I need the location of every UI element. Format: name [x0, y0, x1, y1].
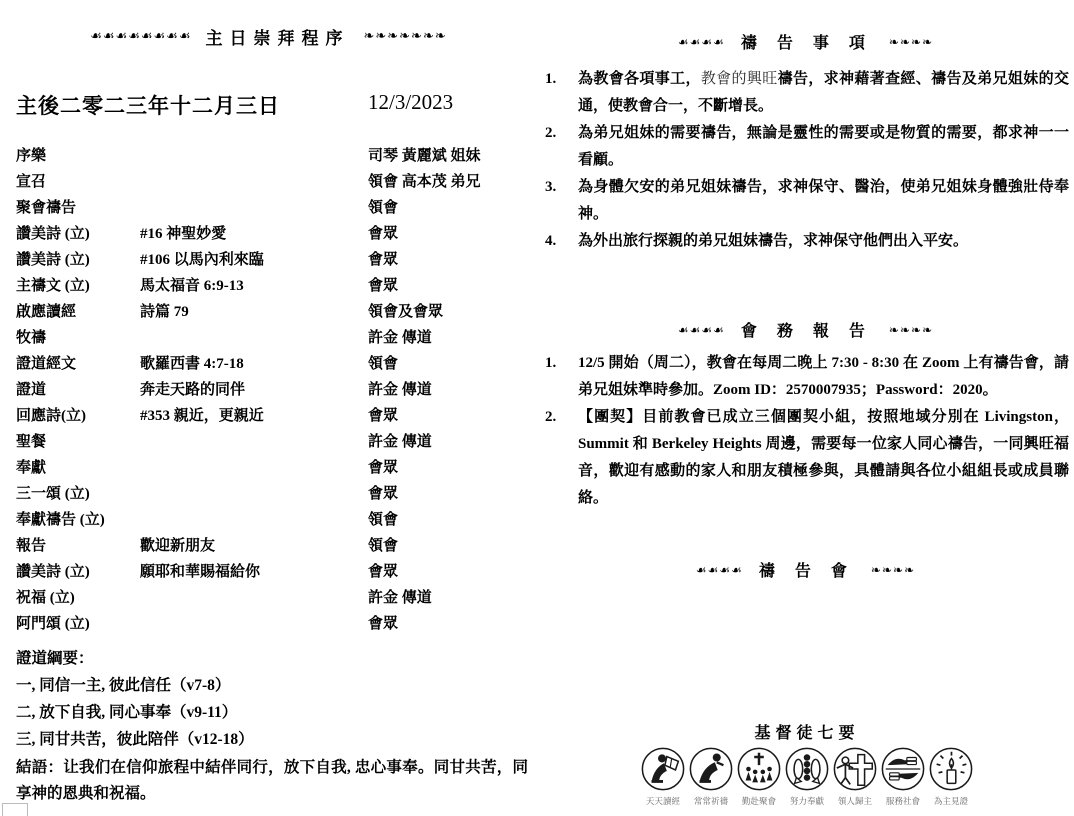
program-item-detail — [140, 507, 368, 533]
program-item-role: 許金 傳道 — [368, 429, 528, 455]
program-item-detail: 歡迎新朋友 — [140, 533, 368, 559]
program-row: 讚美詩 (立) #16 神聖妙愛 會眾 — [16, 221, 528, 247]
program-item-role: 司琴 黃麗斌 姐妹 — [368, 143, 528, 169]
program-row: 讚美詩 (立) #106 以馬內利來臨 會眾 — [16, 247, 528, 273]
program-item-role: 許金 傳道 — [368, 325, 528, 351]
program-item-role: 領會及會眾 — [368, 299, 528, 325]
scroll-ornament-right: ❧❧❧❧ — [871, 563, 915, 577]
scroll-ornament-right: ❧❧❧❧ — [889, 35, 933, 49]
program-item-role: 領會 — [368, 533, 528, 559]
program-row: 三一頌 (立) 會眾 — [16, 481, 528, 507]
program-item-role: 會眾 — [368, 273, 528, 299]
program-item-role: 許金 傳道 — [368, 377, 528, 403]
program-item-detail — [140, 455, 368, 481]
program-item-role: 許金 傳道 — [368, 585, 528, 611]
program-item-label: 報告 — [16, 533, 140, 559]
program-item-label: 宣召 — [16, 169, 140, 195]
sermon-outline-point: 三, 同甘共苦，彼此陪伴（v12-18） — [16, 726, 531, 753]
sermon-conclusion: 結語：让我们在信仰旅程中結伴同行，放下自我, 忠心事奉。同甘共苦，同享神的恩典和… — [16, 755, 528, 807]
essential-item: 服務社會 — [880, 746, 926, 807]
page-title: 主日崇拜程序 — [205, 24, 349, 49]
worship-program-table: 序樂 司琴 黃麗斌 姐妹 宣召 領會 高本茂 弟兄 聚會禱告 領會 讚美詩 (立… — [16, 143, 528, 637]
program-item-label: 讚美詩 (立) — [16, 559, 140, 585]
program-item-role: 會眾 — [368, 455, 528, 481]
scroll-ornament-right: ❧❧❧❧ — [889, 323, 933, 337]
report-item-text: 【團契】目前教會已成立三個團契小組，按照地域分別在 Livingston，Sum… — [578, 404, 1069, 512]
program-item-detail: 歌羅西書 4:7-18 — [140, 351, 368, 377]
candle-witness-icon — [928, 746, 974, 792]
scroll-ornament-left: ☙☙☙☙☙☙☙☙ — [90, 29, 191, 44]
prayer-meeting-header: ☙☙☙☙ 禱 告 會 ❧❧❧❧ — [537, 558, 1074, 581]
bulletin-document: ☙☙☙☙☙☙☙☙ 主日崇拜程序 ❧❧❧❧❧❧❧ 主後二零二三年十二月三日 12/… — [0, 0, 1074, 816]
scroll-ornament-left: ☙☙☙☙ — [696, 563, 743, 577]
program-item-detail — [140, 169, 368, 195]
essential-label: 努力奉獻 — [785, 794, 829, 806]
essential-item: 領人歸主 — [832, 746, 878, 807]
program-item-role: 會眾 — [368, 221, 528, 247]
program-row: 主禱文 (立) 馬太福音 6:9-13 會眾 — [16, 273, 528, 299]
program-item-label: 奉獻禱告 (立) — [16, 507, 140, 533]
program-item-label: 讚美詩 (立) — [16, 221, 140, 247]
prayer-item: 1. 為教會各項事工，教會的興旺禱告，求神藉著查經、禱告及弟兄姐妹的交通，使教會… — [545, 66, 1069, 120]
program-row: 祝福 (立) 許金 傳道 — [16, 585, 528, 611]
program-item-detail: #353 親近，更親近 — [140, 403, 368, 429]
prayer-text-light-segment: 教會的興旺 — [701, 71, 778, 87]
essential-item: 常常祈禱 — [688, 746, 734, 807]
sermon-outline-heading: 證道綱要： — [16, 645, 531, 672]
program-item-label: 證道經文 — [16, 351, 140, 377]
program-item-role: 會眾 — [368, 559, 528, 585]
list-number: 2. — [545, 120, 578, 174]
program-row: 聚會禱告 領會 — [16, 195, 528, 221]
date-numeric: 12/3/2023 — [368, 90, 453, 115]
essential-item: 天天讀經 — [640, 746, 686, 807]
essential-label: 天天讀經 — [641, 794, 685, 806]
sermon-outline-point: 二, 放下自我, 同心事奉（v9-11） — [16, 699, 531, 726]
program-item-detail — [140, 611, 368, 637]
program-item-label: 啟應讀經 — [16, 299, 140, 325]
program-item-label: 阿門頌 (立) — [16, 611, 140, 637]
essential-item: 勤赴聚會 — [736, 746, 782, 807]
church-report-list: 1. 12/5 開始（周二），教會在每周二晚上 7:30 - 8:30 在 Zo… — [545, 350, 1069, 512]
prayer-text-segment: 為教會各項事工， — [578, 71, 701, 87]
prayer-item-text: 為外出旅行探親的弟兄姐妹禱告，求神保守他們出入平安。 — [578, 228, 1069, 255]
prayer-meeting-title: 禱 告 會 — [759, 558, 855, 581]
list-number: 2. — [545, 404, 578, 512]
program-item-role: 領會 — [368, 507, 528, 533]
program-row: 讚美詩 (立) 願耶和華賜福給你 會眾 — [16, 559, 528, 585]
list-number: 4. — [545, 228, 578, 255]
program-item-label: 祝福 (立) — [16, 585, 140, 611]
program-item-detail: 願耶和華賜福給你 — [140, 559, 368, 585]
list-number: 3. — [545, 174, 578, 228]
prayer-item: 2. 為弟兄姐妹的需要禱告，無論是靈性的需要或是物質的需要，都求神一一看顧。 — [545, 120, 1069, 174]
essential-label: 勤赴聚會 — [737, 794, 781, 806]
program-row: 牧禱 許金 傳道 — [16, 325, 528, 351]
report-item-text: 12/5 開始（周二），教會在每周二晚上 7:30 - 8:30 在 Zoom … — [578, 350, 1069, 404]
seven-essentials-icons: 天天讀經 常常祈禱 — [545, 746, 1069, 807]
essential-item: 努力奉獻 — [784, 746, 830, 807]
program-item-label: 聖餐 — [16, 429, 140, 455]
prayer-item-text: 為身體欠安的弟兄姐妹禱告，求神保守、醫治，使弟兄姐妹身體強壯侍奉神。 — [578, 174, 1069, 228]
program-item-label: 證道 — [16, 377, 140, 403]
program-item-detail — [140, 325, 368, 351]
essential-label: 服務社會 — [881, 794, 925, 806]
church-gathering-icon — [736, 746, 782, 792]
program-item-detail — [140, 429, 368, 455]
scroll-ornament-left: ☙☙☙☙ — [678, 323, 725, 337]
date-chinese: 主後二零二三年十二月三日 — [16, 90, 280, 120]
program-item-label: 回應詩(立) — [16, 403, 140, 429]
program-item-label: 聚會禱告 — [16, 195, 140, 221]
program-item-role: 領會 — [368, 195, 528, 221]
prayer-icon — [688, 746, 734, 792]
program-item-label: 牧禱 — [16, 325, 140, 351]
program-item-detail: #106 以馬內利來臨 — [140, 247, 368, 273]
left-page: ☙☙☙☙☙☙☙☙ 主日崇拜程序 ❧❧❧❧❧❧❧ 主後二零二三年十二月三日 12/… — [0, 0, 537, 816]
program-row: 證道 奔走天路的同伴 許金 傳道 — [16, 377, 528, 403]
prayer-items-title: 禱 告 事 項 — [741, 30, 873, 53]
scroll-ornament-right: ❧❧❧❧❧❧❧ — [363, 29, 446, 44]
prayer-items-list: 1. 為教會各項事工，教會的興旺禱告，求神藉著查經、禱告及弟兄姐妹的交通，使教會… — [545, 66, 1069, 255]
sermon-outline: 證道綱要： 一, 同信一主, 彼此信任（v7-8） 二, 放下自我, 同心事奉（… — [16, 645, 531, 753]
program-item-detail — [140, 195, 368, 221]
page-corner-textbox-artifact — [2, 803, 28, 816]
program-row: 序樂 司琴 黃麗斌 姐妹 — [16, 143, 528, 169]
scroll-ornament-left: ☙☙☙☙ — [678, 35, 725, 49]
program-row: 聖餐 許金 傳道 — [16, 429, 528, 455]
prayer-item: 3. 為身體欠安的弟兄姐妹禱告，求神保守、醫治，使弟兄姐妹身體強壯侍奉神。 — [545, 174, 1069, 228]
program-item-detail: 奔走天路的同伴 — [140, 377, 368, 403]
right-page: ☙☙☙☙ 禱 告 事 項 ❧❧❧❧ 1. 為教會各項事工，教會的興旺禱告，求神藉… — [537, 0, 1074, 816]
essential-item: 為主見證 — [928, 746, 974, 807]
church-report-title: 會 務 報 告 — [741, 318, 873, 341]
program-row: 證道經文 歌羅西書 4:7-18 領會 — [16, 351, 528, 377]
program-row: 回應詩(立) #353 親近，更親近 會眾 — [16, 403, 528, 429]
list-number: 1. — [545, 66, 578, 120]
program-row: 宣召 領會 高本茂 弟兄 — [16, 169, 528, 195]
program-row: 報告 歡迎新朋友 領會 — [16, 533, 528, 559]
program-row: 啟應讀經 詩篇 79 領會及會眾 — [16, 299, 528, 325]
program-row: 阿門頌 (立) 會眾 — [16, 611, 528, 637]
lead-to-christ-icon — [832, 746, 878, 792]
program-item-label: 奉獻 — [16, 455, 140, 481]
offering-icon — [784, 746, 830, 792]
program-item-detail: 詩篇 79 — [140, 299, 368, 325]
essential-label: 為主見證 — [929, 794, 973, 806]
program-item-label: 序樂 — [16, 143, 140, 169]
program-item-detail: #16 神聖妙愛 — [140, 221, 368, 247]
prayer-item-text: 為教會各項事工，教會的興旺禱告，求神藉著查經、禱告及弟兄姐妹的交通，使教會合一，… — [578, 66, 1069, 120]
worship-order-header: ☙☙☙☙☙☙☙☙ 主日崇拜程序 ❧❧❧❧❧❧❧ — [0, 24, 537, 49]
essential-label: 常常祈禱 — [689, 794, 733, 806]
read-bible-icon — [640, 746, 686, 792]
program-item-label: 主禱文 (立) — [16, 273, 140, 299]
program-item-detail: 馬太福音 6:9-13 — [140, 273, 368, 299]
program-item-detail — [140, 143, 368, 169]
program-item-detail — [140, 585, 368, 611]
program-item-label: 讚美詩 (立) — [16, 247, 140, 273]
prayer-items-header: ☙☙☙☙ 禱 告 事 項 ❧❧❧❧ — [537, 30, 1074, 53]
church-report-header: ☙☙☙☙ 會 務 報 告 ❧❧❧❧ — [537, 318, 1074, 341]
essential-label: 領人歸主 — [833, 794, 877, 806]
report-item: 2. 【團契】目前教會已成立三個團契小組，按照地域分別在 Livingston，… — [545, 404, 1069, 512]
program-item-role: 會眾 — [368, 247, 528, 273]
program-item-detail — [140, 481, 368, 507]
program-item-label: 三一頌 (立) — [16, 481, 140, 507]
serve-society-icon — [880, 746, 926, 792]
list-number: 1. — [545, 350, 578, 404]
program-item-role: 領會 — [368, 351, 528, 377]
program-row: 奉獻 會眾 — [16, 455, 528, 481]
program-row: 奉獻禱告 (立) 領會 — [16, 507, 528, 533]
report-item: 1. 12/5 開始（周二），教會在每周二晚上 7:30 - 8:30 在 Zo… — [545, 350, 1069, 404]
program-item-role: 會眾 — [368, 481, 528, 507]
prayer-item: 4. 為外出旅行探親的弟兄姐妹禱告，求神保守他們出入平安。 — [545, 228, 1069, 255]
program-item-role: 會眾 — [368, 403, 528, 429]
seven-essentials-title: 基督徒七要 — [545, 720, 1069, 743]
sermon-outline-point: 一, 同信一主, 彼此信任（v7-8） — [16, 672, 531, 699]
program-item-role: 會眾 — [368, 611, 528, 637]
seven-essentials: 基督徒七要 天天讀經 — [545, 720, 1069, 807]
prayer-item-text: 為弟兄姐妹的需要禱告，無論是靈性的需要或是物質的需要，都求神一一看顧。 — [578, 120, 1069, 174]
program-item-role: 領會 高本茂 弟兄 — [368, 169, 528, 195]
